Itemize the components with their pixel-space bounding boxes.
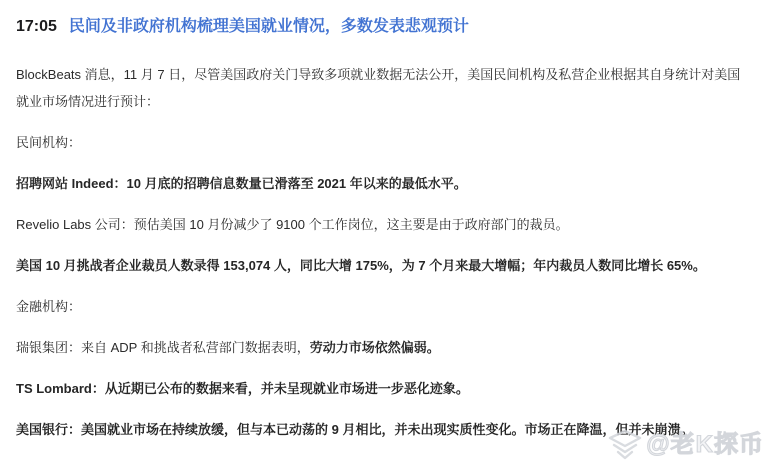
news-point-ubs: 瑞银集团：来自 ADP 和挑战者私营部门数据表明，劳动力市场依然偏弱。 — [16, 334, 750, 361]
news-feed-item: 17:05 民间及非政府机构梳理美国就业情况，多数发表悲观预计 BlockBea… — [0, 0, 766, 443]
news-intro-paragraph: BlockBeats 消息，11 月 7 日，尽管美国政府关门导致多项就业数据无… — [16, 61, 750, 115]
news-header: 17:05 民间及非政府机构梳理美国就业情况，多数发表悲观预计 — [16, 17, 750, 36]
ubs-lead-text: 瑞银集团：来自 ADP 和挑战者私营部门数据表明， — [16, 340, 310, 355]
news-point-indeed: 招聘网站 Indeed：10 月底的招聘信息数量已滑落至 2021 年以来的最低… — [16, 170, 750, 197]
section-label-financial-orgs: 金融机构： — [16, 293, 750, 320]
news-point-challenger-layoffs: 美国 10 月挑战者企业裁员人数录得 153,074 人，同比大增 175%，为… — [16, 252, 750, 279]
ubs-emphasis-text: 劳动力市场依然偏弱。 — [310, 340, 440, 355]
news-point-revelio-labs: Revelio Labs 公司：预估美国 10 月份减少了 9100 个工作岗位… — [16, 211, 750, 238]
news-point-ts-lombard: TS Lombard：从近期已公布的数据来看，并未呈现就业市场进一步恶化迹象。 — [16, 375, 750, 402]
news-timestamp: 17:05 — [16, 17, 57, 36]
section-label-private-orgs: 民间机构： — [16, 129, 750, 156]
news-body: BlockBeats 消息，11 月 7 日，尽管美国政府关门导致多项就业数据无… — [16, 61, 750, 443]
news-point-bank-of-america: 美国银行：美国就业市场在持续放缓，但与本已动荡的 9 月相比，并未出现实质性变化… — [16, 416, 750, 443]
news-title-link[interactable]: 民间及非政府机构梳理美国就业情况，多数发表悲观预计 — [69, 17, 469, 36]
